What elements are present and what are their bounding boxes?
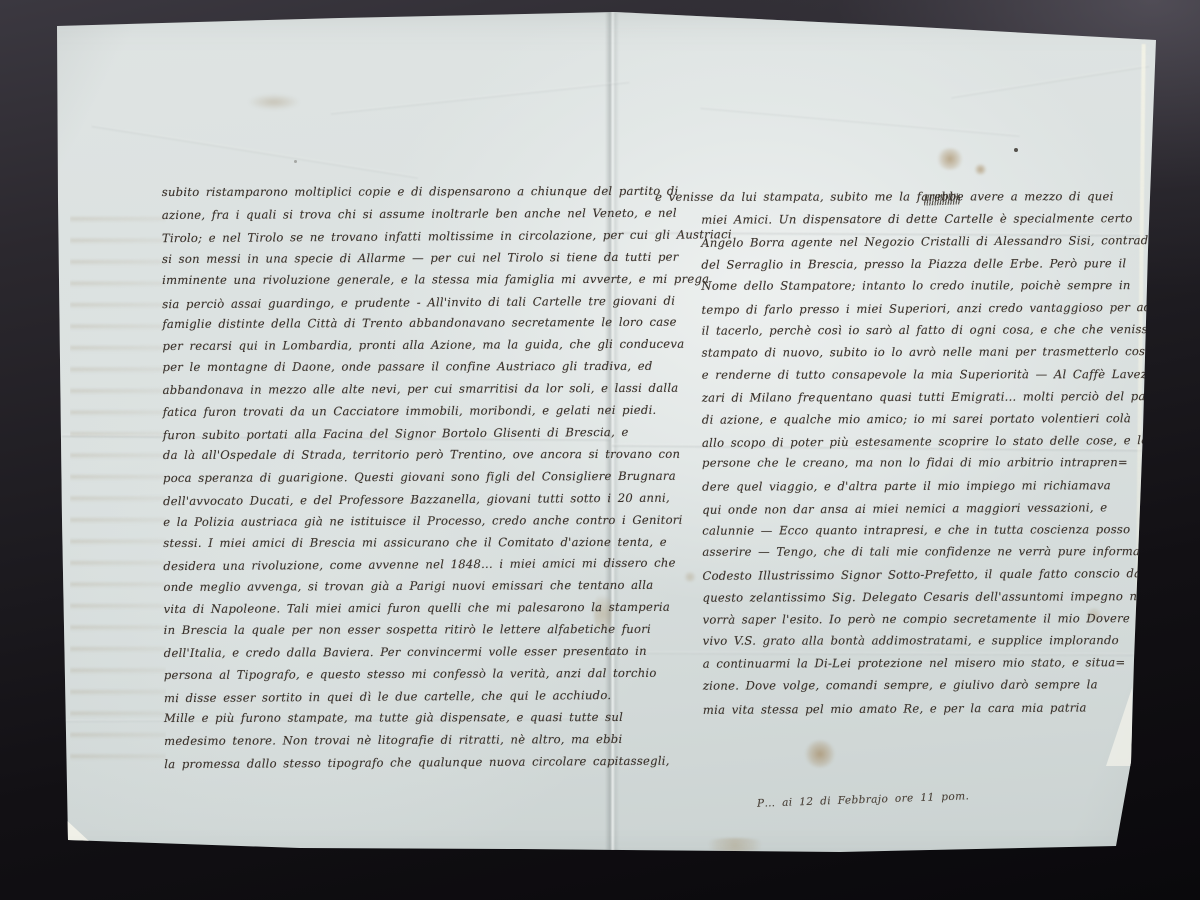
dateline: P… ai 12 di Febbrajo ore 11 pom. xyxy=(757,790,970,809)
manuscript-line: stessi. I miei amici di Brescia mi assic… xyxy=(163,531,615,554)
manuscript-line: vita di Napoleone. Tali miei amici furon… xyxy=(164,597,616,621)
manuscript-line: Mille e più furono stampate, ma tutte gi… xyxy=(164,707,616,730)
manuscript-line: dell'Italia, e credo dalla Baviera. Per … xyxy=(164,641,616,665)
manuscript-line: fatica furon trovati da un Cacciatore im… xyxy=(163,400,615,424)
manuscript-line: e venisse da lui stampata, subito me la … xyxy=(655,185,1133,208)
manuscript-line: il tacerlo, perchè così io sarò al fatto… xyxy=(702,318,1134,342)
manuscript-line: del Serraglio in Brescia, presso la Piaz… xyxy=(701,252,1133,276)
manuscript-line: desidera una rivoluzione, come avvenne n… xyxy=(163,553,615,578)
manuscript-line: abbandonava in mezzo alle alte nevi, per… xyxy=(163,378,615,402)
crease-line xyxy=(700,106,1019,137)
manuscript-line: Nome dello Stampatore; intanto lo credo … xyxy=(701,274,1133,297)
manuscript-line: medesimo tenore. Non trovai nè litografi… xyxy=(164,729,616,753)
manuscript-line: da là all'Ospedale di Strada, territorio… xyxy=(163,444,615,467)
manuscript-line: onde meglio avvenga, si trovan già a Par… xyxy=(163,575,615,599)
bent-corner-bottom-left xyxy=(62,816,90,842)
letter-page-left: subito ristamparono moltiplici copie e d… xyxy=(162,181,617,774)
manuscript-line: dell'avvocato Ducati, e del Professore B… xyxy=(163,488,615,513)
manuscript-line: Codesto Illustrissimo Signor Sotto-Prefe… xyxy=(702,563,1134,588)
manuscript-line: zari di Milano frequentano quasi tutti E… xyxy=(702,385,1134,409)
manuscript-line: zione. Dove volge, comandi sempre, e giu… xyxy=(703,674,1135,698)
manuscript-line: miei Amici. Un dispensatore di dette Car… xyxy=(701,207,1133,231)
verso-showthrough xyxy=(70,204,166,774)
manuscript-line: vorrà saper l'esito. Io però ne compio s… xyxy=(703,607,1135,631)
manuscript-line: vivo V.S. grato alla bontà addimostratam… xyxy=(703,629,1135,652)
manuscript-line: calunnie — Ecco quanto intrapresi, e che… xyxy=(702,518,1134,542)
crease-line xyxy=(951,64,1149,98)
manuscript-line: qui onde non dar ansa ai miei nemici a m… xyxy=(702,496,1134,521)
stain-mark xyxy=(700,838,770,852)
manuscript-line: persone che le creano, ma non lo fidai d… xyxy=(702,452,1134,475)
manuscript-line: Tirolo; e nel Tirolo se ne trovano infat… xyxy=(162,225,614,250)
manuscript-line: si son messi in una specie di Allarme — … xyxy=(162,247,614,271)
crease-line xyxy=(92,124,418,179)
stain-mark xyxy=(804,740,836,768)
manuscript-line: questo zelantissimo Sig. Delegato Cesari… xyxy=(702,585,1134,609)
ink-spot xyxy=(294,160,297,163)
manuscript-line: e renderne di tutto consapevole la mia S… xyxy=(702,363,1134,386)
manuscript-line: per recarsi qui in Lombardia, pronti all… xyxy=(162,334,614,358)
manuscript-line: e la Polizia austriaca già ne istituisce… xyxy=(163,510,615,534)
manuscript-line: poca speranza di guarigione. Questi giov… xyxy=(163,466,615,490)
manuscript-line: tempo di farlo presso i miei Superiori, … xyxy=(701,296,1133,321)
stain-mark xyxy=(936,148,964,170)
letter-sheet: subito ristamparono moltiplici copie e d… xyxy=(0,0,1200,900)
manuscript-line: sia perciò assai guardingo, e prudente -… xyxy=(162,291,614,316)
letter-page-right: e venisse da lui stampata, subito me la … xyxy=(655,185,1135,720)
manuscript-line: di azione, e qualche mio amico; io mi sa… xyxy=(702,407,1134,431)
manuscript-line: azione, fra i quali si trova chi si assu… xyxy=(162,203,614,227)
crease-line xyxy=(331,80,630,114)
photo-backdrop: subito ristamparono moltiplici copie e d… xyxy=(0,0,1200,900)
manuscript-line: stampato di nuovo, subito io lo avrò nel… xyxy=(702,341,1134,365)
manuscript-line: famiglie distinte della Città di Trento … xyxy=(162,312,614,336)
manuscript-line: per le montagne di Daone, onde passare i… xyxy=(162,356,614,379)
manuscript-line: persona al Tipografo, e questo stesso mi… xyxy=(164,663,616,687)
manuscript-line: imminente una rivoluzione generale, e la… xyxy=(162,269,614,292)
manuscript-line: dere quel viaggio, e d'altra parte il mi… xyxy=(702,474,1134,498)
ink-spot xyxy=(1014,148,1018,152)
manuscript-line: asserire — Tengo, che di tali mie confid… xyxy=(702,540,1134,563)
verso-showthrough-smudge xyxy=(248,94,300,110)
stain-mark xyxy=(974,164,987,175)
manuscript-line: subito ristamparono moltiplici copie e d… xyxy=(162,181,614,204)
manuscript-line: Angelo Borra agente nel Negozio Cristall… xyxy=(701,230,1133,255)
manuscript-line: in Brescia la quale per non esser sospet… xyxy=(164,619,616,642)
manuscript-line: a continuarmi la Di-Lei protezione nel m… xyxy=(703,651,1135,675)
manuscript-line: mia vita stessa pel mio amato Re, e per … xyxy=(703,696,1135,721)
manuscript-line: la promessa dallo stesso tipografo che q… xyxy=(164,751,616,776)
